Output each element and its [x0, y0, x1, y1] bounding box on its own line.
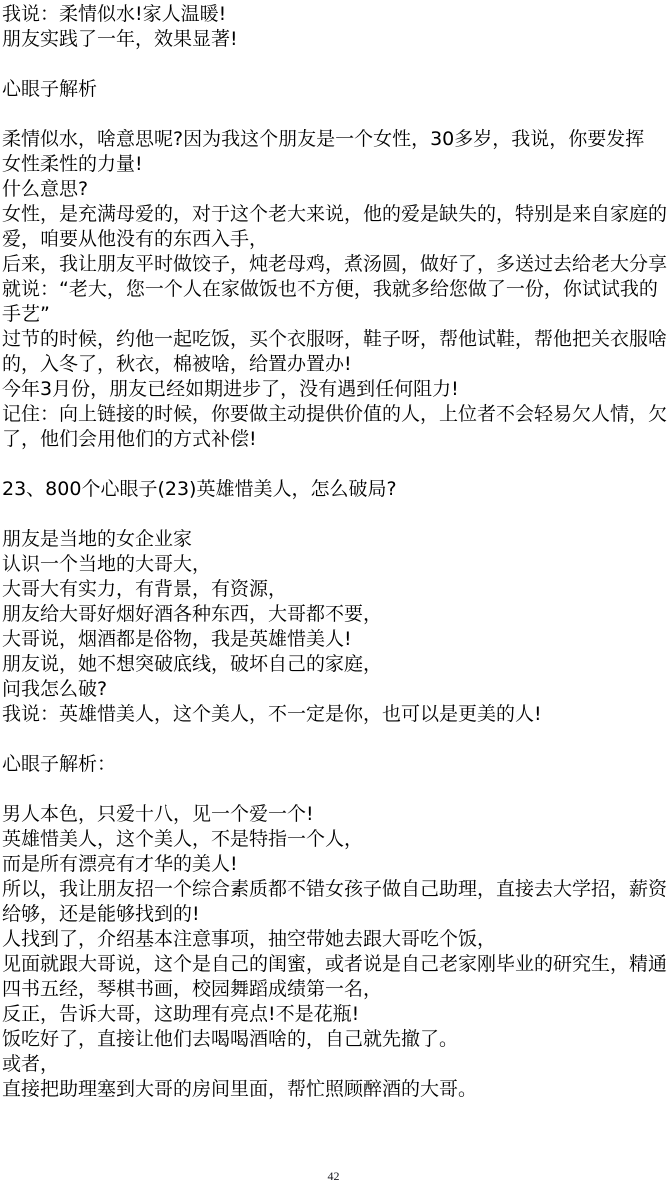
text-line: 问我怎么破? [2, 677, 667, 702]
text-line: 见面就跟大哥说，这个是自己的闺蜜，或者说是自己老家刚毕业的研究生，精通 [2, 952, 667, 977]
text-line: 心眼子解析： [2, 752, 667, 777]
text-line: 心眼子解析 [2, 77, 667, 102]
text-line [2, 452, 667, 477]
text-line [2, 102, 667, 127]
text-line: 男人本色，只爱十八，见一个爱一个! [2, 802, 667, 827]
text-line: 朋友给大哥好烟好酒各种东西，大哥都不要， [2, 602, 667, 627]
text-line: 手艺” [2, 302, 667, 327]
text-line: 什么意思? [2, 177, 667, 202]
text-line: 了，他们会用他们的方式补偿! [2, 427, 667, 452]
text-line: 或者， [2, 1052, 667, 1077]
text-line: 我说：英雄惜美人，这个美人，不一定是你，也可以是更美的人! [2, 702, 667, 727]
text-line: 英雄惜美人，这个美人，不是特指一个人， [2, 827, 667, 852]
text-line: 后来，我让朋友平时做饺子，炖老母鸡，煮汤圆，做好了，多送过去给老大分享， [2, 252, 667, 277]
text-line: 我说：柔情似水!家人温暖! [2, 2, 667, 27]
text-line: 给够，还是能够找到的! [2, 902, 667, 927]
text-line: 女性，是充满母爱的，对于这个老大来说，他的爱是缺失的，特别是来自家庭的 [2, 202, 667, 227]
text-line: 大哥大有实力，有背景，有资源， [2, 577, 667, 602]
text-line: 柔情似水，啥意思呢?因为我这个朋友是一个女性，30多岁，我说，你要发挥 [2, 127, 667, 152]
text-line [2, 52, 667, 77]
text-line: 认识一个当地的大哥大， [2, 552, 667, 577]
text-line: 朋友是当地的女企业家 [2, 527, 667, 552]
text-line: 直接把助理塞到大哥的房间里面，帮忙照顾醉酒的大哥。 [2, 1077, 667, 1102]
text-line [2, 777, 667, 802]
document-page: 我说：柔情似水!家人温暖!朋友实践了一年，效果显著! 心眼子解析 柔情似水，啥意… [0, 0, 667, 1190]
text-line: 四书五经，琴棋书画，校园舞蹈成绩第一名， [2, 977, 667, 1002]
text-line: 爱，咱要从他没有的东西入手， [2, 227, 667, 252]
page-number: 42 [0, 1169, 667, 1184]
text-line: 而是所有漂亮有才华的美人! [2, 852, 667, 877]
text-line: 记住：向上链接的时候，你要做主动提供价值的人，上位者不会轻易欠人情，欠 [2, 402, 667, 427]
text-line: 过节的时候，约他一起吃饭，买个衣服呀，鞋子呀，帮他试鞋，帮他把关衣服啥 [2, 327, 667, 352]
text-line: 今年3月份，朋友已经如期进步了，没有遇到任何阻力! [2, 377, 667, 402]
body-text: 我说：柔情似水!家人温暖!朋友实践了一年，效果显著! 心眼子解析 柔情似水，啥意… [2, 2, 667, 1102]
text-line: 反正，告诉大哥，这助理有亮点!不是花瓶! [2, 1002, 667, 1027]
text-line: 朋友实践了一年，效果显著! [2, 27, 667, 52]
text-line: 人找到了，介绍基本注意事项，抽空带她去跟大哥吃个饭， [2, 927, 667, 952]
text-line: 大哥说，烟酒都是俗物，我是英雄惜美人! [2, 627, 667, 652]
text-line: 23、800个心眼子(23)英雄惜美人，怎么破局? [2, 477, 667, 502]
text-line [2, 727, 667, 752]
text-line: 朋友说，她不想突破底线，破坏自己的家庭， [2, 652, 667, 677]
text-line: 所以，我让朋友招一个综合素质都不错女孩子做自己助理，直接去大学招，薪资 [2, 877, 667, 902]
text-line: 的，入冬了，秋衣，棉被啥，给置办置办! [2, 352, 667, 377]
text-line: 饭吃好了，直接让他们去喝喝酒啥的，自己就先撤了。 [2, 1027, 667, 1052]
text-line [2, 502, 667, 527]
text-line: 女性柔性的力量! [2, 152, 667, 177]
text-line: 就说：“老大，您一个人在家做饭也不方便，我就多给您做了一份，你试试我的 [2, 277, 667, 302]
